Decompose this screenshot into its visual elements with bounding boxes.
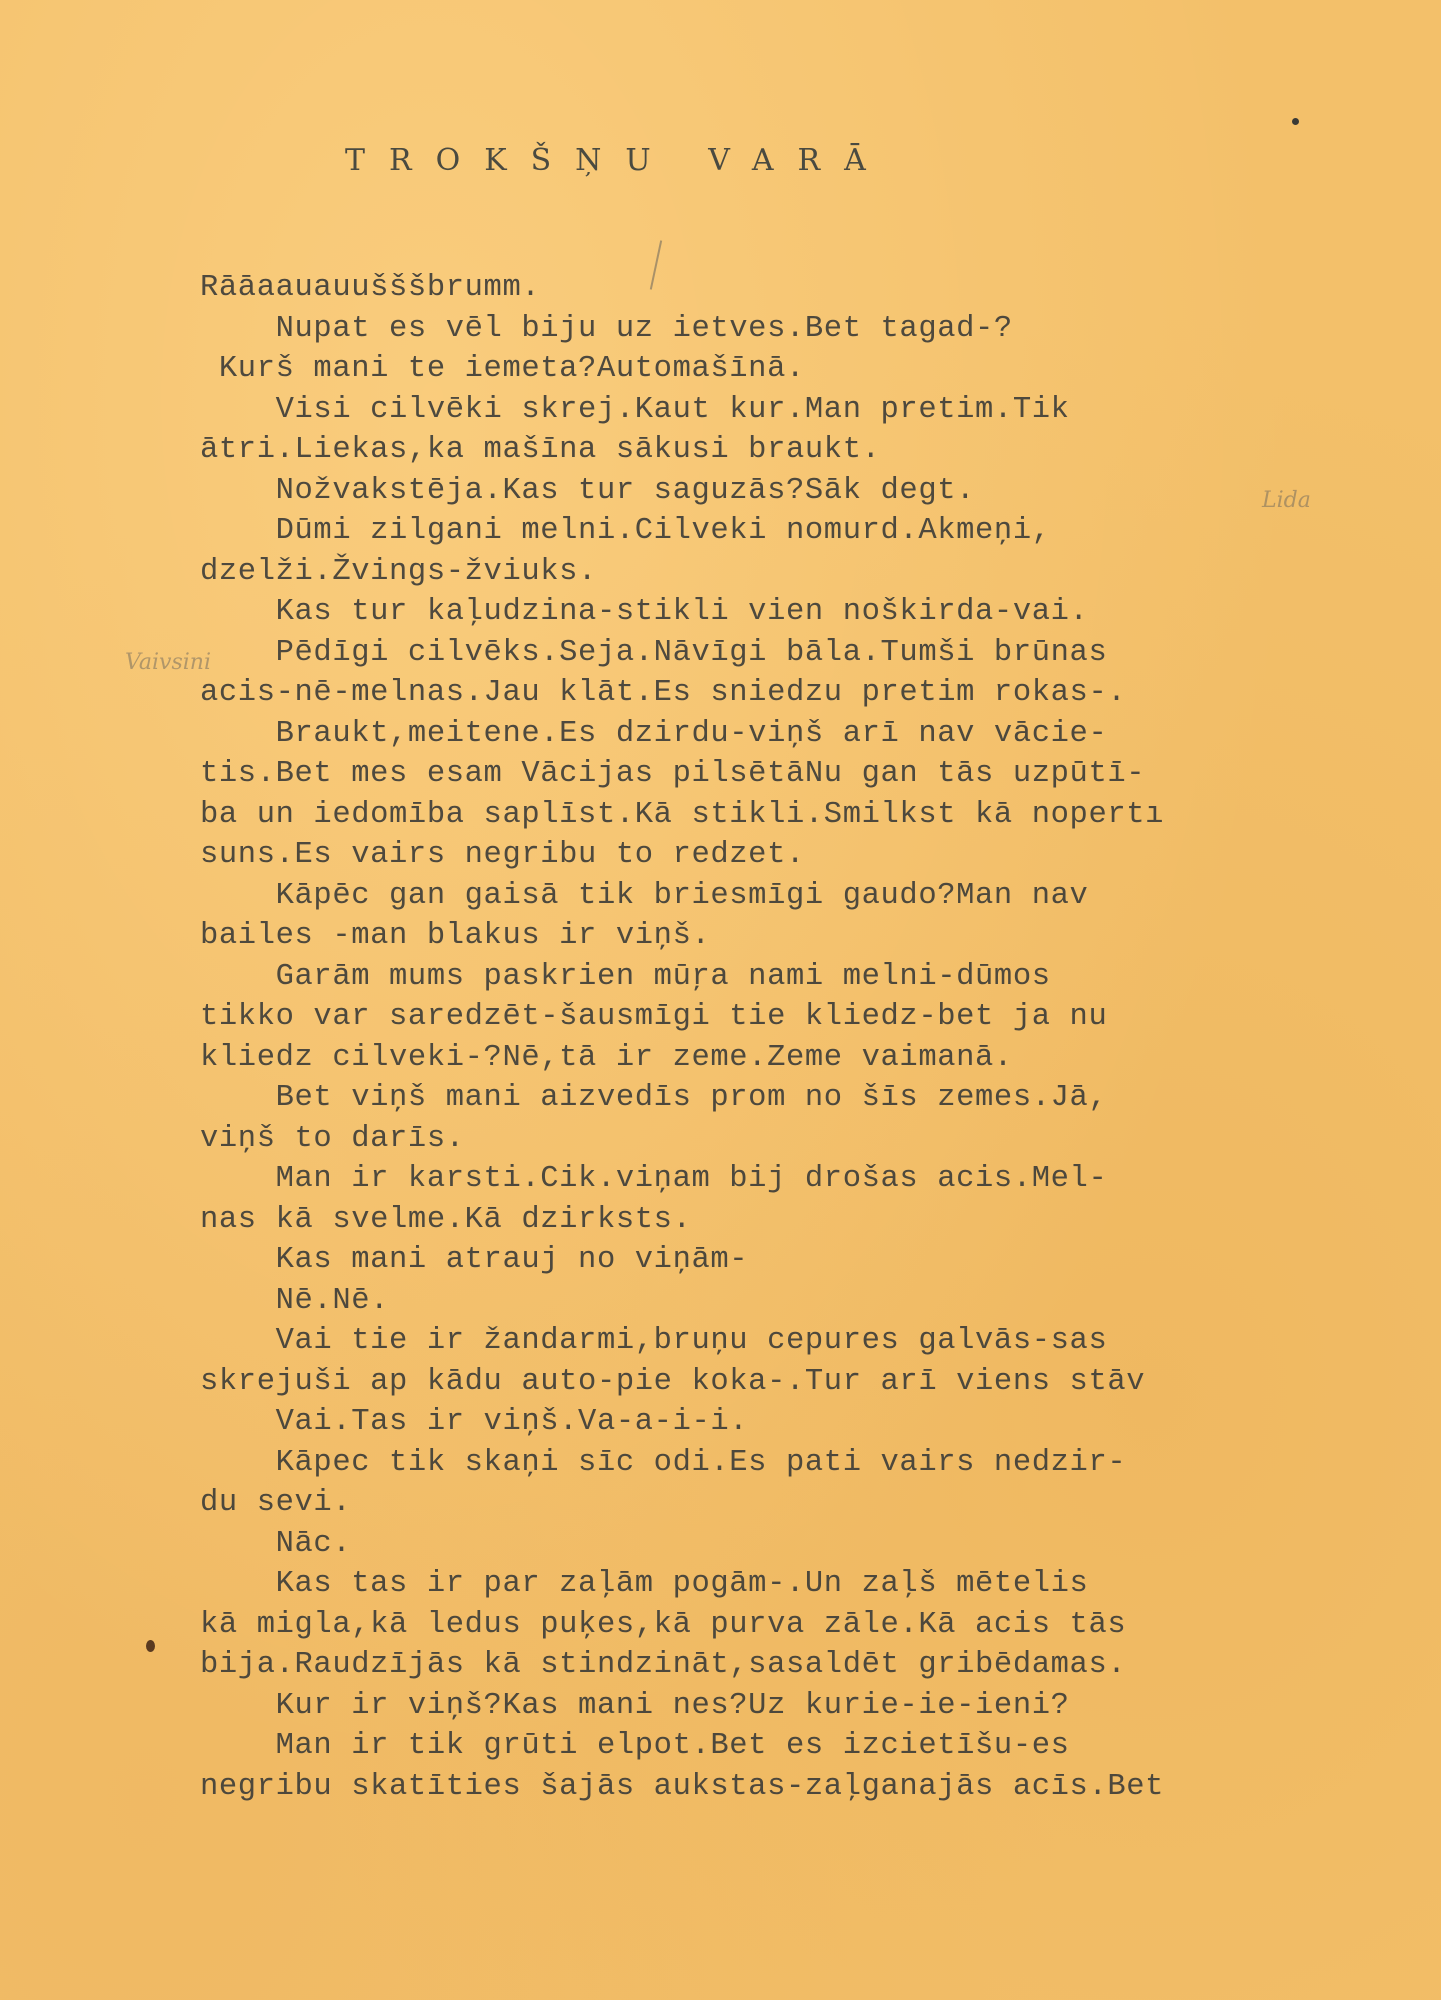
margin-note-left: Vaivsini (125, 650, 211, 675)
text-line: Vai.Tas ir viņš.Va-a-i-i. (200, 1402, 1430, 1443)
document-title: TROKŠŅU VARĀ (345, 143, 890, 178)
text-line: skrejuši ap kādu auto-pie koka-.Tur arī … (200, 1362, 1430, 1403)
text-line: kā migla,kā ledus puķes,kā purva zāle.Kā… (200, 1605, 1430, 1646)
text-line: tis.Bet mes esam Vācijas pilsētāNu gan t… (200, 754, 1430, 795)
text-line: ba un iedomība saplīst.Kā stikli.Smilkst… (200, 795, 1430, 836)
text-line: Kas tas ir par zaļām pogām-.Un zaļš mēte… (200, 1564, 1430, 1605)
text-line: du sevi. (200, 1483, 1430, 1524)
text-line: Kas mani atrauj no viņām- (200, 1240, 1430, 1281)
typewritten-page: Vaivsini Lida TROKŠŅU VARĀ Rāāaauauušššb… (0, 0, 1441, 2000)
document-body: Rāāaauauušššbrumm. Nupat es vēl biju uz … (200, 268, 1430, 1807)
text-line: Nožvakstēja.Kas tur saguzās?Sāk degt. (200, 471, 1430, 512)
text-line: acis-nē-melnas.Jau klāt.Es sniedzu preti… (200, 673, 1430, 714)
text-line: Dūmi zilgani melni.Cilveki nomurd.Akmeņi… (200, 511, 1430, 552)
text-line: suns.Es vairs negribu to redzet. (200, 835, 1430, 876)
text-line: dzelži.Žvings-žviuks. (200, 552, 1430, 593)
text-line: Vai tie ir žandarmi,bruņu cepures galvās… (200, 1321, 1430, 1362)
text-line: kliedz cilveki-?Nē,tā ir zeme.Zeme vaima… (200, 1038, 1430, 1079)
text-line: negribu skatīties šajās aukstas-zaļganaj… (200, 1767, 1430, 1808)
text-line: Kurš mani te iemeta?Automašīnā. (200, 349, 1430, 390)
text-line: Kāpec tik skaņi sīc odi.Es pati vairs ne… (200, 1443, 1430, 1484)
text-line: Kas tur kaļudzina-stikli vien noškirda-v… (200, 592, 1430, 633)
text-line: bailes -man blakus ir viņš. (200, 916, 1430, 957)
text-line: Kāpēc gan gaisā tik briesmīgi gaudo?Man … (200, 876, 1430, 917)
text-line: bija.Raudzījās kā stindzināt,sasaldēt gr… (200, 1645, 1430, 1686)
text-line: tikko var saredzēt-šausmīgi tie kliedz-b… (200, 997, 1430, 1038)
text-line: Visi cilvēki skrej.Kaut kur.Man pretim.T… (200, 390, 1430, 431)
ink-spot (146, 1640, 155, 1652)
text-line: ātri.Liekas,ka mašīna sākusi braukt. (200, 430, 1430, 471)
text-line: Rāāaauauušššbrumm. (200, 268, 1430, 309)
text-line: Braukt,meitene.Es dzirdu-viņš arī nav vā… (200, 714, 1430, 755)
text-line: Nupat es vēl biju uz ietves.Bet tagad-? (200, 309, 1430, 350)
text-line: Man ir tik grūti elpot.Bet es izcietīšu-… (200, 1726, 1430, 1767)
text-line: viņš to darīs. (200, 1119, 1430, 1160)
text-line: Man ir karsti.Cik.viņam bij drošas acis.… (200, 1159, 1430, 1200)
ink-spot (1292, 118, 1299, 125)
text-line: Pēdīgi cilvēks.Seja.Nāvīgi bāla.Tumši br… (200, 633, 1430, 674)
text-line: Garām mums paskrien mūŗa nami melni-dūmo… (200, 957, 1430, 998)
text-line: Nāc. (200, 1524, 1430, 1565)
text-line: Bet viņš mani aizvedīs prom no šīs zemes… (200, 1078, 1430, 1119)
text-line: nas kā svelme.Kā dzirksts. (200, 1200, 1430, 1241)
text-line: Kur ir viņš?Kas mani nes?Uz kurie-ie-ien… (200, 1686, 1430, 1727)
text-line: Nē.Nē. (200, 1281, 1430, 1322)
